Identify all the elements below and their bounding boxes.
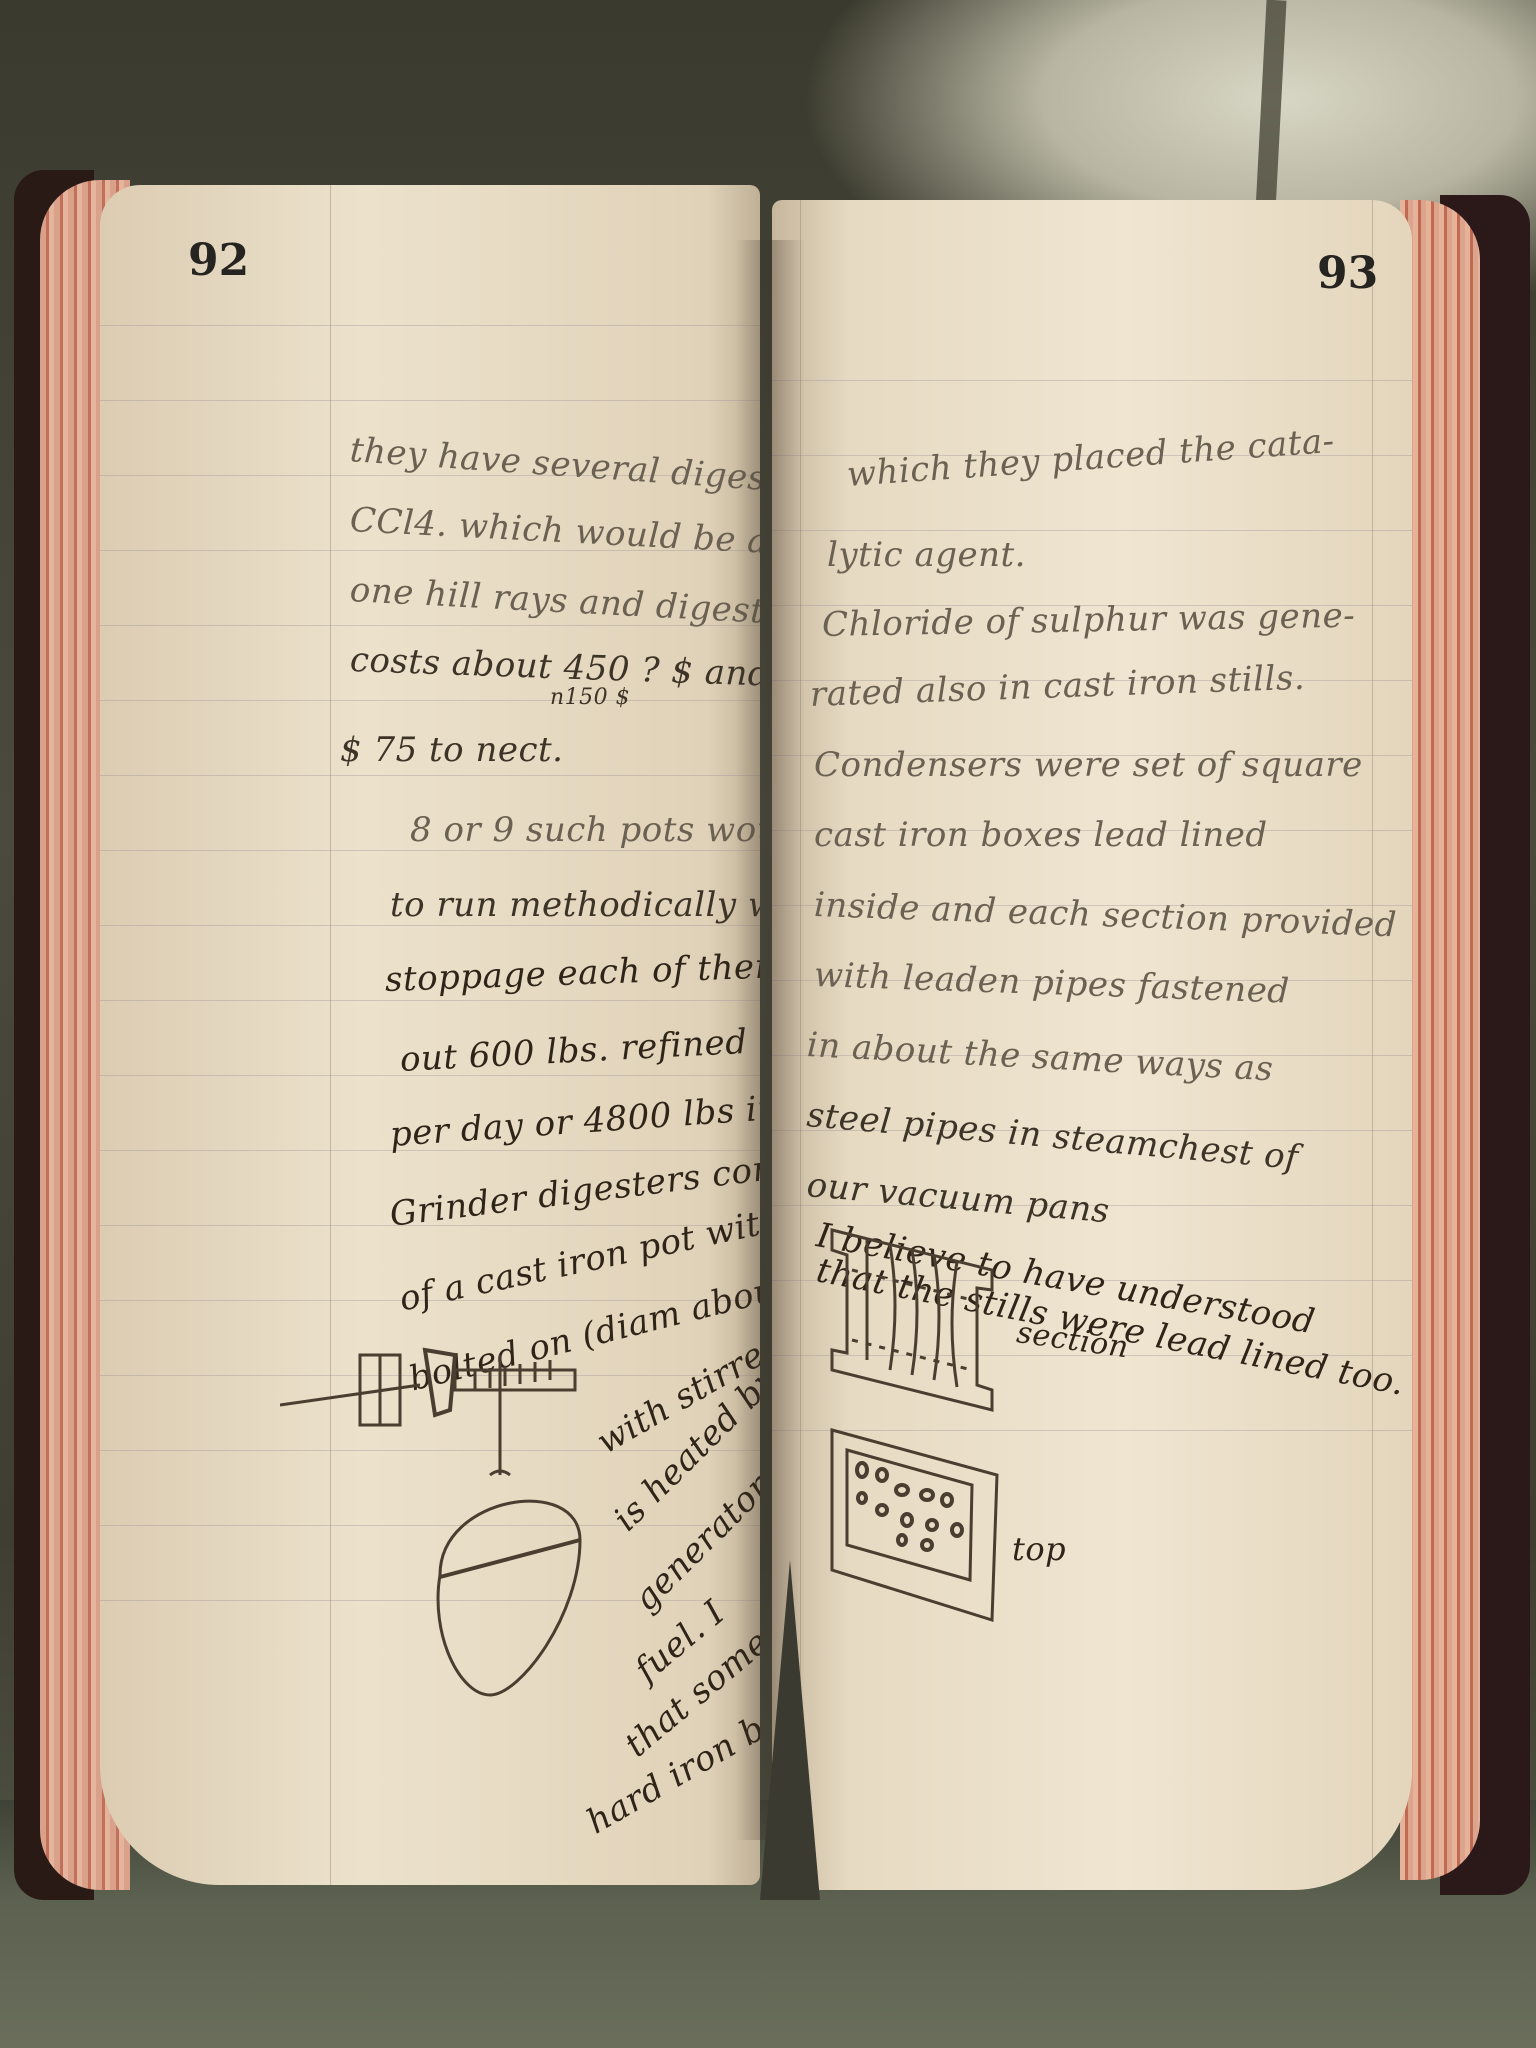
handwritten-line: which they placed the cata- [846, 421, 1336, 495]
handwritten-line: they have several digesting [349, 430, 760, 504]
handwritten-line: cast iron boxes lead lined [814, 815, 1268, 855]
spine-shadow [735, 240, 805, 1840]
margin-line [1372, 200, 1373, 1890]
page-rule [100, 775, 760, 776]
handwritten-line: in about the same ways as [806, 1025, 1274, 1089]
handwritten-line: lytic agent. [827, 535, 1026, 575]
page-rule [100, 700, 760, 701]
handwritten-line: out 600 lbs. refined CCl [399, 1018, 760, 1080]
right-page: 93 which they placed the cata- lytic age… [772, 200, 1412, 1890]
page-rule [772, 380, 1412, 381]
digester-sketch-icon [280, 1315, 680, 1775]
handwritten-line: steel pipes in steamchest of [805, 1095, 1300, 1178]
left-page: 92 they have several digesting CCl4. whi… [100, 185, 760, 1885]
sketch-label-top: top [1012, 1530, 1066, 1568]
handwritten-line: Condensers were set of square [814, 745, 1363, 785]
handwritten-line: rated also in cast iron stills. [809, 658, 1305, 715]
page-rule [772, 530, 1412, 531]
page-rule [100, 325, 760, 326]
handwritten-annotation: n150 $ [550, 685, 630, 710]
page-number: 92 [188, 235, 249, 286]
handwritten-line: CCl4. which would be all [349, 500, 760, 563]
page-number: 93 [1317, 248, 1378, 299]
handwritten-line: inside and each section provided [813, 885, 1397, 945]
page-rule [100, 1000, 760, 1001]
handwritten-line: to run methodically with [390, 885, 760, 925]
handwritten-line: with leaden pipes fastened [813, 955, 1290, 1012]
condenser-sketch-icon [812, 1220, 1232, 1780]
handwritten-line: stoppage each of them t [384, 945, 760, 1000]
handwritten-line: per day or 4800 lbs in t [389, 1086, 760, 1155]
handwritten-line: $ 75 to nect. [340, 730, 563, 770]
handwritten-line: Chloride of sulphur was gene- [822, 596, 1356, 645]
page-rule [100, 850, 760, 851]
page-edges-right [1400, 200, 1480, 1880]
handwritten-line: 8 or 9 such pots would [410, 810, 760, 850]
page-rule [100, 925, 760, 926]
page-rule [100, 400, 760, 401]
